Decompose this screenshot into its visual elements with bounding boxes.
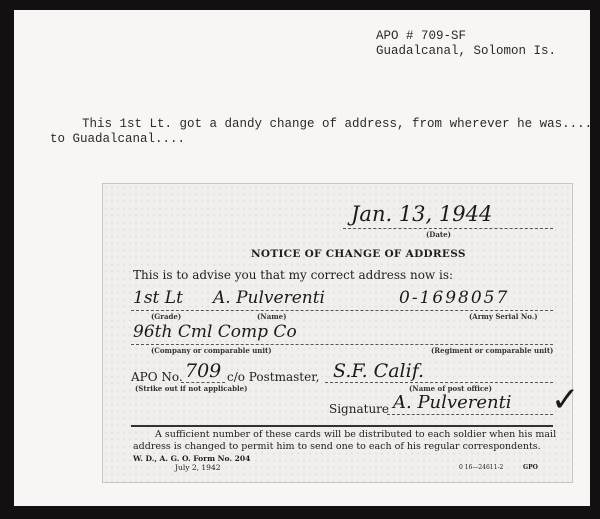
grade-label: (Grade) [151,312,181,321]
postmaster-text: c/o Postmaster, [227,370,319,384]
date-label: (Date) [426,230,451,239]
date-value: Jan. 13, 1944 [351,202,492,226]
header-apo: APO # 709-SF [376,29,466,44]
company-line [131,344,553,345]
signature-line [387,414,553,415]
name-label: (Name) [257,312,286,321]
serial-value: 0-1698057 [399,288,509,308]
intro-text: This is to advise you that my correct ad… [133,268,453,282]
apo-value: 709 [185,360,221,382]
serial-label: (Army Serial No.) [469,312,538,321]
form-number: W. D., A. G. O. Form No. 204 [133,454,250,463]
print-code: 0 16—24611-2 [459,464,503,471]
regiment-label: (Regiment or comparable unit) [431,346,553,355]
caption-line-1: This 1st Lt. got a dandy change of addre… [52,117,592,132]
apo-prefix: APO No. [131,370,183,384]
grade-name-line [131,310,553,311]
post-office-line [325,382,553,383]
change-of-address-card: Jan. 13, 1944 (Date) NOTICE OF CHANGE OF… [102,183,573,483]
company-label: (Company or comparable unit) [151,346,272,355]
card-title: NOTICE OF CHANGE OF ADDRESS [251,248,466,260]
header-location: Guadalcanal, Solomon Is. [376,44,556,59]
caption-line-2: to Guadalcanal.... [50,132,185,147]
grade-value: 1st Lt [133,288,183,308]
date-line [343,228,553,229]
apo-line [181,382,225,383]
post-office-value: S.F. Calif. [333,360,424,382]
signature-label: Signature [329,402,389,416]
name-value: A. Pulverenti [213,288,325,308]
divider [131,425,553,427]
signature-value: A. Pulverenti [393,392,512,413]
printer-mark: GPO [523,464,538,471]
footer-text-2: address is changed to permit him to send… [133,441,541,452]
checkmark-icon: ✓ [551,380,580,420]
company-value: 96th Cml Comp Co [133,322,297,342]
form-date: July 2, 1942 [175,463,220,472]
footer-text-1: A sufficient number of these cards will … [155,429,556,440]
apo-note: (Strike out if not applicable) [135,384,247,393]
